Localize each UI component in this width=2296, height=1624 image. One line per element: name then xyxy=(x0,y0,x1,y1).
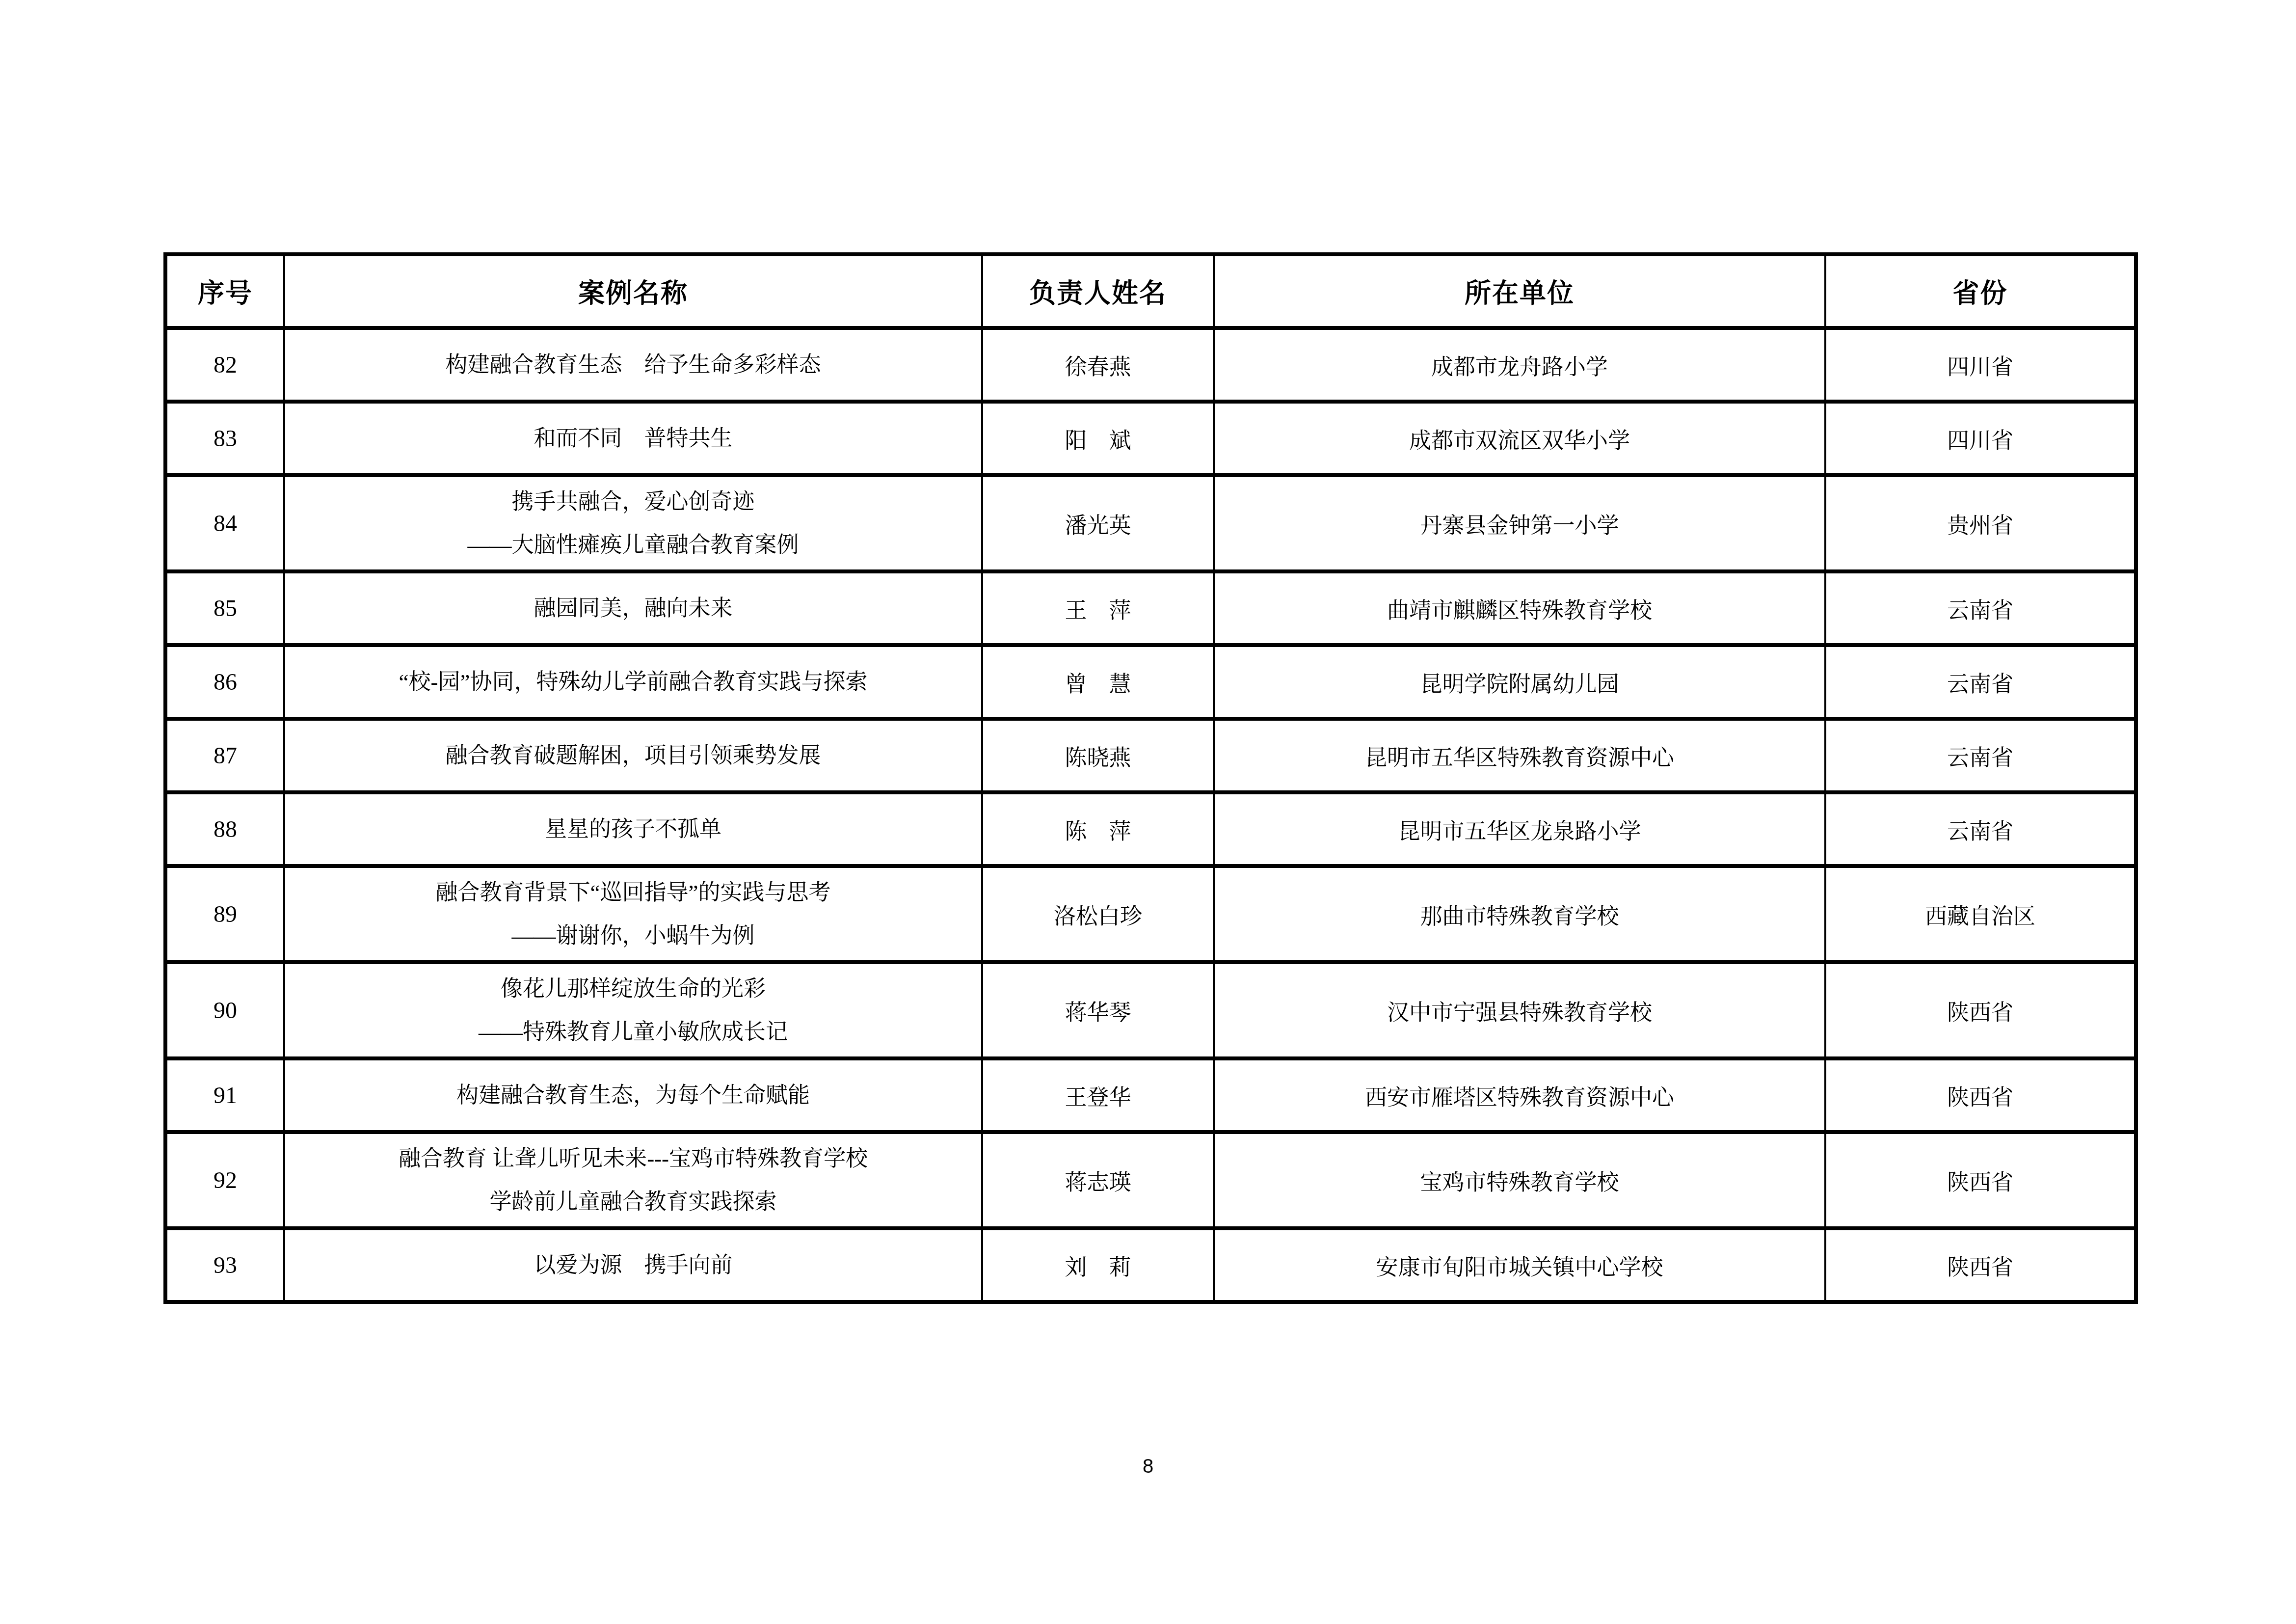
province-cell: 云南省 xyxy=(1825,719,2136,792)
case-name-cell: “校-园”协同，特殊幼儿学前融合教育实践与探索 xyxy=(284,645,982,719)
leader-name-cell: 阳 斌 xyxy=(982,402,1214,475)
organization-cell: 成都市龙舟路小学 xyxy=(1214,328,1825,402)
leader-name-cell: 曾 慧 xyxy=(982,645,1214,719)
row-index-cell: 91 xyxy=(165,1058,284,1132)
table-row: 82 构建融合教育生态 给予生命多彩样态 徐春燕 成都市龙舟路小学 四川省 xyxy=(165,328,2136,402)
organization-cell: 昆明市五华区特殊教育资源中心 xyxy=(1214,719,1825,792)
case-name-cell: 融合教育破题解困，项目引领乘势发展 xyxy=(284,719,982,792)
organization-cell: 宝鸡市特殊教育学校 xyxy=(1214,1132,1825,1228)
case-name-cell: 以爱为源 携手向前 xyxy=(284,1228,982,1302)
table-header-row: 序号 案例名称 负责人姓名 所在单位 省份 xyxy=(165,254,2136,328)
table-row: 86 “校-园”协同，特殊幼儿学前融合教育实践与探索 曾 慧 昆明学院附属幼儿园… xyxy=(165,645,2136,719)
table-row: 85 融园同美，融向未来 王 萍 曲靖市麒麟区特殊教育学校 云南省 xyxy=(165,571,2136,645)
organization-cell: 曲靖市麒麟区特殊教育学校 xyxy=(1214,571,1825,645)
province-cell: 四川省 xyxy=(1825,328,2136,402)
header-leader-name: 负责人姓名 xyxy=(982,254,1214,328)
case-name-line: 以爱为源 携手向前 xyxy=(290,1244,976,1287)
case-name-line: 像花儿那样绽放生命的光彩 xyxy=(290,967,976,1010)
case-name-line: 融合教育破题解困，项目引领乘势发展 xyxy=(290,734,976,777)
organization-cell: 西安市雁塔区特殊教育资源中心 xyxy=(1214,1058,1825,1132)
province-cell: 四川省 xyxy=(1825,402,2136,475)
case-name-line: “校-园”协同，特殊幼儿学前融合教育实践与探索 xyxy=(290,660,976,704)
header-case-name: 案例名称 xyxy=(284,254,982,328)
province-cell: 西藏自治区 xyxy=(1825,866,2136,962)
row-index-cell: 93 xyxy=(165,1228,284,1302)
leader-name-cell: 蒋华琴 xyxy=(982,962,1214,1058)
leader-name-cell: 徐春燕 xyxy=(982,328,1214,402)
row-index-cell: 89 xyxy=(165,866,284,962)
case-name-cell: 星星的孩子不孤单 xyxy=(284,792,982,866)
header-organization: 所在单位 xyxy=(1214,254,1825,328)
row-index-cell: 85 xyxy=(165,571,284,645)
row-index-cell: 90 xyxy=(165,962,284,1058)
organization-cell: 汉中市宁强县特殊教育学校 xyxy=(1214,962,1825,1058)
organization-cell: 成都市双流区双华小学 xyxy=(1214,402,1825,475)
case-name-line: 携手共融合，爱心创奇迹 xyxy=(290,480,976,523)
row-index-cell: 87 xyxy=(165,719,284,792)
table-row: 84 携手共融合，爱心创奇迹——大脑性瘫痪儿童融合教育案例 潘光英 丹寨县金钟第… xyxy=(165,475,2136,571)
case-name-cell: 构建融合教育生态 给予生命多彩样态 xyxy=(284,328,982,402)
row-index-cell: 86 xyxy=(165,645,284,719)
table-row: 93 以爱为源 携手向前 刘 莉 安康市旬阳市城关镇中心学校 陕西省 xyxy=(165,1228,2136,1302)
case-name-line: 构建融合教育生态 给予生命多彩样态 xyxy=(290,343,976,386)
organization-cell: 那曲市特殊教育学校 xyxy=(1214,866,1825,962)
province-cell: 云南省 xyxy=(1825,792,2136,866)
leader-name-cell: 蒋志瑛 xyxy=(982,1132,1214,1228)
leader-name-cell: 刘 莉 xyxy=(982,1228,1214,1302)
case-name-line: 融合教育背景下“巡回指导”的实践与思考 xyxy=(290,871,976,914)
case-name-cell: 融园同美，融向未来 xyxy=(284,571,982,645)
row-index-cell: 92 xyxy=(165,1132,284,1228)
leader-name-cell: 王 萍 xyxy=(982,571,1214,645)
province-cell: 陕西省 xyxy=(1825,962,2136,1058)
province-cell: 云南省 xyxy=(1825,571,2136,645)
cases-table-container: 序号 案例名称 负责人姓名 所在单位 省份 82 构建融合教育生态 给予生命多彩… xyxy=(163,252,2134,1304)
cases-table: 序号 案例名称 负责人姓名 所在单位 省份 82 构建融合教育生态 给予生命多彩… xyxy=(163,252,2138,1304)
row-index-cell: 83 xyxy=(165,402,284,475)
province-cell: 陕西省 xyxy=(1825,1228,2136,1302)
leader-name-cell: 王登华 xyxy=(982,1058,1214,1132)
case-name-line: 融园同美，融向未来 xyxy=(290,587,976,630)
header-province: 省份 xyxy=(1825,254,2136,328)
document-page: { "page": { "number": "8" }, "table": { … xyxy=(0,0,2296,1624)
organization-cell: 丹寨县金钟第一小学 xyxy=(1214,475,1825,571)
case-name-line: 学龄前儿童融合教育实践探索 xyxy=(290,1180,976,1223)
case-name-line: ——谢谢你，小蜗牛为例 xyxy=(290,914,976,957)
case-name-line: ——大脑性瘫痪儿童融合教育案例 xyxy=(290,523,976,567)
case-name-line: 构建融合教育生态，为每个生命赋能 xyxy=(290,1074,976,1117)
leader-name-cell: 陈晓燕 xyxy=(982,719,1214,792)
province-cell: 云南省 xyxy=(1825,645,2136,719)
table-row: 83 和而不同 普特共生 阳 斌 成都市双流区双华小学 四川省 xyxy=(165,402,2136,475)
header-index: 序号 xyxy=(165,254,284,328)
case-name-line: 和而不同 普特共生 xyxy=(290,417,976,460)
case-name-line: 星星的孩子不孤单 xyxy=(290,808,976,851)
case-name-cell: 和而不同 普特共生 xyxy=(284,402,982,475)
province-cell: 贵州省 xyxy=(1825,475,2136,571)
province-cell: 陕西省 xyxy=(1825,1132,2136,1228)
case-name-line: 融合教育 让聋儿听见未来---宝鸡市特殊教育学校 xyxy=(290,1137,976,1180)
case-name-cell: 融合教育背景下“巡回指导”的实践与思考——谢谢你，小蜗牛为例 xyxy=(284,866,982,962)
case-name-line: ——特殊教育儿童小敏欣成长记 xyxy=(290,1010,976,1054)
case-name-cell: 融合教育 让聋儿听见未来---宝鸡市特殊教育学校学龄前儿童融合教育实践探索 xyxy=(284,1132,982,1228)
table-row: 91 构建融合教育生态，为每个生命赋能 王登华 西安市雁塔区特殊教育资源中心 陕… xyxy=(165,1058,2136,1132)
case-name-cell: 像花儿那样绽放生命的光彩——特殊教育儿童小敏欣成长记 xyxy=(284,962,982,1058)
page-number: 8 xyxy=(0,1456,2296,1478)
leader-name-cell: 潘光英 xyxy=(982,475,1214,571)
case-name-cell: 构建融合教育生态，为每个生命赋能 xyxy=(284,1058,982,1132)
organization-cell: 安康市旬阳市城关镇中心学校 xyxy=(1214,1228,1825,1302)
table-row: 88 星星的孩子不孤单 陈 萍 昆明市五华区龙泉路小学 云南省 xyxy=(165,792,2136,866)
table-row: 87 融合教育破题解困，项目引领乘势发展 陈晓燕 昆明市五华区特殊教育资源中心 … xyxy=(165,719,2136,792)
table-row: 89 融合教育背景下“巡回指导”的实践与思考——谢谢你，小蜗牛为例 洛松白珍 那… xyxy=(165,866,2136,962)
organization-cell: 昆明市五华区龙泉路小学 xyxy=(1214,792,1825,866)
organization-cell: 昆明学院附属幼儿园 xyxy=(1214,645,1825,719)
table-row: 90 像花儿那样绽放生命的光彩——特殊教育儿童小敏欣成长记 蒋华琴 汉中市宁强县… xyxy=(165,962,2136,1058)
row-index-cell: 88 xyxy=(165,792,284,866)
row-index-cell: 84 xyxy=(165,475,284,571)
leader-name-cell: 陈 萍 xyxy=(982,792,1214,866)
case-name-cell: 携手共融合，爱心创奇迹——大脑性瘫痪儿童融合教育案例 xyxy=(284,475,982,571)
table-row: 92 融合教育 让聋儿听见未来---宝鸡市特殊教育学校学龄前儿童融合教育实践探索… xyxy=(165,1132,2136,1228)
leader-name-cell: 洛松白珍 xyxy=(982,866,1214,962)
province-cell: 陕西省 xyxy=(1825,1058,2136,1132)
row-index-cell: 82 xyxy=(165,328,284,402)
